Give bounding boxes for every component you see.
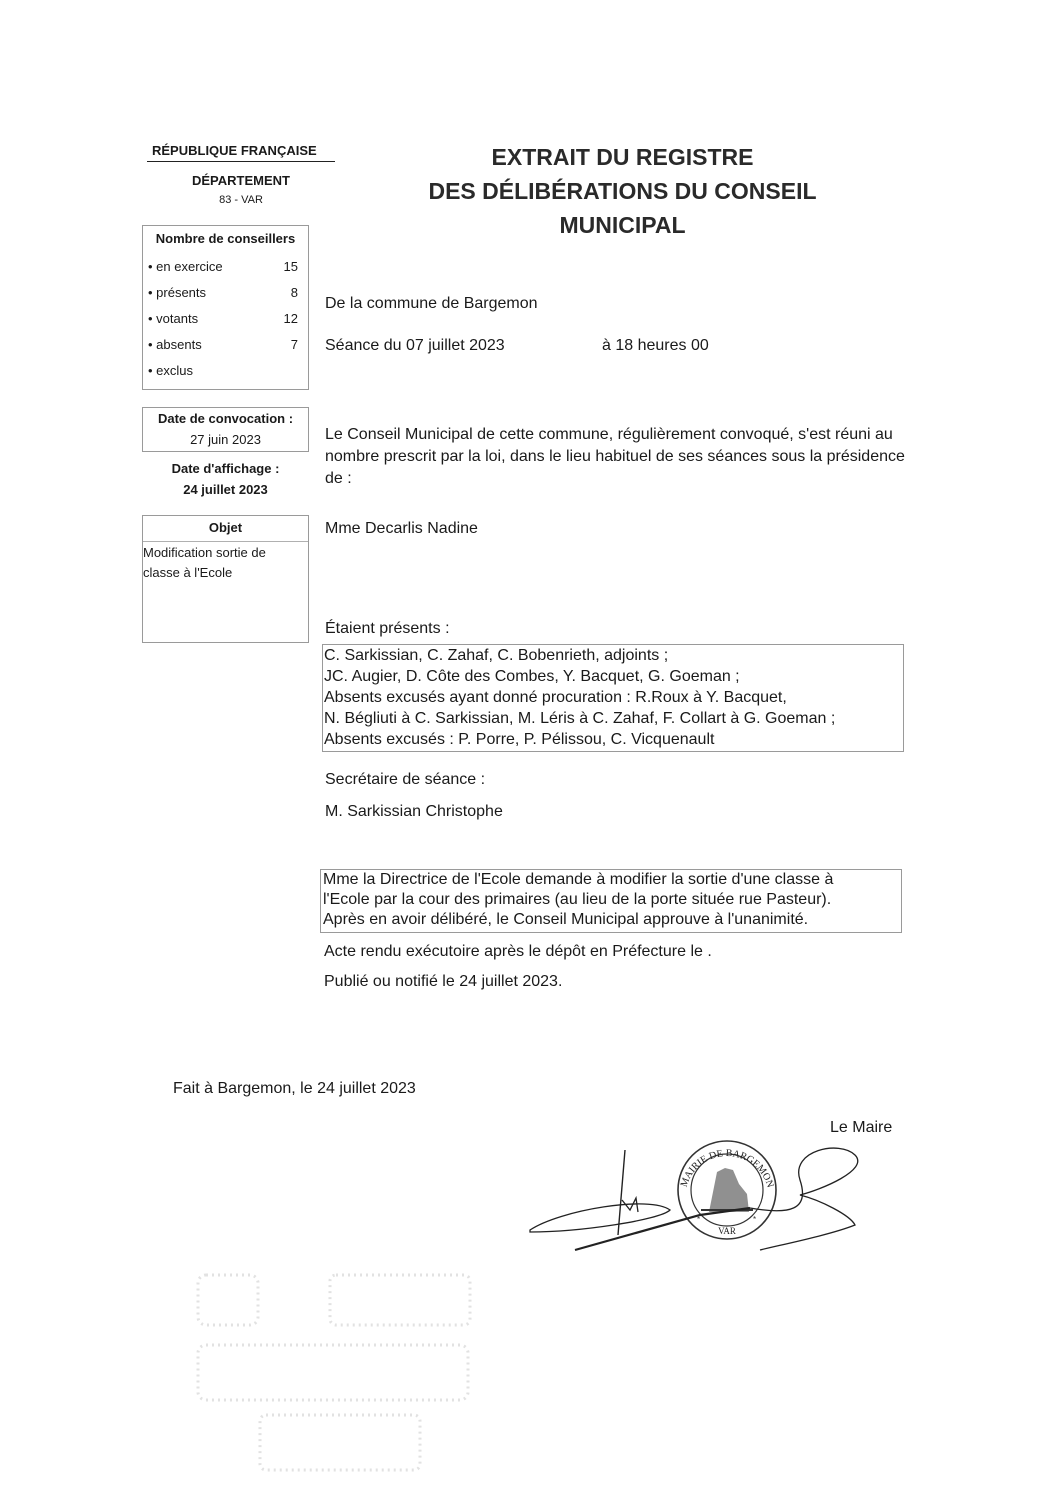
councillor-row: • votants 12 (148, 311, 298, 326)
objet-box: Objet Modification sortie de classe à l'… (142, 515, 309, 643)
row-value: 12 (284, 311, 298, 326)
republic-underline (147, 161, 335, 162)
signature-and-stamp-icon: MAIRIE DE BARGEMON VAR * * (500, 1140, 880, 1275)
objet-line: classe à l'Ecole (143, 563, 293, 583)
convocation-label: Date de convocation : (143, 411, 308, 426)
row-value: 7 (291, 337, 298, 352)
objet-title: Objet (143, 520, 308, 535)
svg-text:*: * (753, 1215, 756, 1224)
seance-date: Séance du 07 juillet 2023 (325, 337, 505, 355)
publication-note: Publié ou notifié le 24 juillet 2023. (324, 973, 562, 991)
department-value: 83 - VAR (150, 194, 332, 206)
deliberation-line: l'Ecole par la cour des primaires (au li… (323, 891, 831, 909)
councillors-title: Nombre de conseillers (143, 231, 308, 246)
secretary-name: M. Sarkissian Christophe (325, 803, 503, 821)
place-date: Fait à Bargemon, le 24 juillet 2023 (173, 1080, 416, 1098)
councillor-row: • présents 8 (148, 285, 298, 300)
objet-text: Modification sortie de classe à l'Ecole (143, 543, 293, 583)
title-line-3: MUNICIPAL (380, 208, 865, 242)
affichage-label: Date d'affichage : (142, 461, 309, 476)
row-label: • exclus (148, 363, 193, 378)
attendance-line: C. Sarkissian, C. Zahaf, C. Bobenrieth, … (324, 647, 668, 665)
president: Mme Decarlis Nadine (325, 520, 478, 538)
attendance-label: Étaient présents : (325, 620, 450, 638)
acte-executoire: Acte rendu exécutoire après le dépôt en … (324, 943, 712, 961)
convocation-date: 27 juin 2023 (143, 432, 308, 447)
republic-label: RÉPUBLIQUE FRANÇAISE (152, 143, 317, 158)
affichage-date: 24 juillet 2023 (142, 482, 309, 497)
attendance-line: JC. Augier, D. Côte des Combes, Y. Bacqu… (324, 668, 740, 686)
deliberation-line: Mme la Directrice de l'Ecole demande à m… (323, 871, 833, 889)
convocation-box: Date de convocation : 27 juin 2023 (142, 407, 309, 452)
row-label: • absents (148, 337, 202, 352)
secretary-label: Secrétaire de séance : (325, 771, 485, 789)
row-value: 15 (284, 259, 298, 274)
seance-time: à 18 heures 00 (602, 337, 709, 355)
svg-text:VAR: VAR (718, 1226, 736, 1236)
attendance-line: Absents excusés ayant donné procuration … (324, 689, 787, 707)
document-title: EXTRAIT DU REGISTRE DES DÉLIBÉRATIONS DU… (380, 140, 865, 242)
row-label: • présents (148, 285, 206, 300)
mairie-stamp-icon: MAIRIE DE BARGEMON VAR * * (678, 1141, 776, 1239)
title-line-2: DES DÉLIBÉRATIONS DU CONSEIL (380, 174, 865, 208)
attendance-box: C. Sarkissian, C. Zahaf, C. Bobenrieth, … (322, 644, 904, 752)
councillor-row: • absents 7 (148, 337, 298, 352)
deliberation-line: Après en avoir délibéré, le Conseil Muni… (323, 911, 808, 929)
row-value: 8 (291, 285, 298, 300)
objet-divider (143, 541, 308, 542)
commune: De la commune de Bargemon (325, 295, 538, 313)
deliberation-box: Mme la Directrice de l'Ecole demande à m… (320, 869, 902, 933)
row-label: • votants (148, 311, 198, 326)
councillor-row: • exclus (148, 363, 298, 378)
department-label: DÉPARTEMENT (150, 173, 332, 188)
attendance-line: Absents excusés : P. Porre, P. Pélissou,… (324, 731, 714, 749)
signatory-title: Le Maire (830, 1119, 892, 1137)
dotted-watermark-icon (190, 1265, 490, 1475)
row-label: • en exercice (148, 259, 223, 274)
title-line-1: EXTRAIT DU REGISTRE (380, 140, 865, 174)
session-paragraph: Le Conseil Municipal de cette commune, r… (325, 424, 915, 490)
councillors-box: Nombre de conseillers • en exercice 15 •… (142, 225, 309, 390)
attendance-line: N. Bégliuti à C. Sarkissian, M. Léris à … (324, 710, 835, 728)
objet-line: Modification sortie de (143, 543, 293, 563)
councillor-row: • en exercice 15 (148, 259, 298, 274)
